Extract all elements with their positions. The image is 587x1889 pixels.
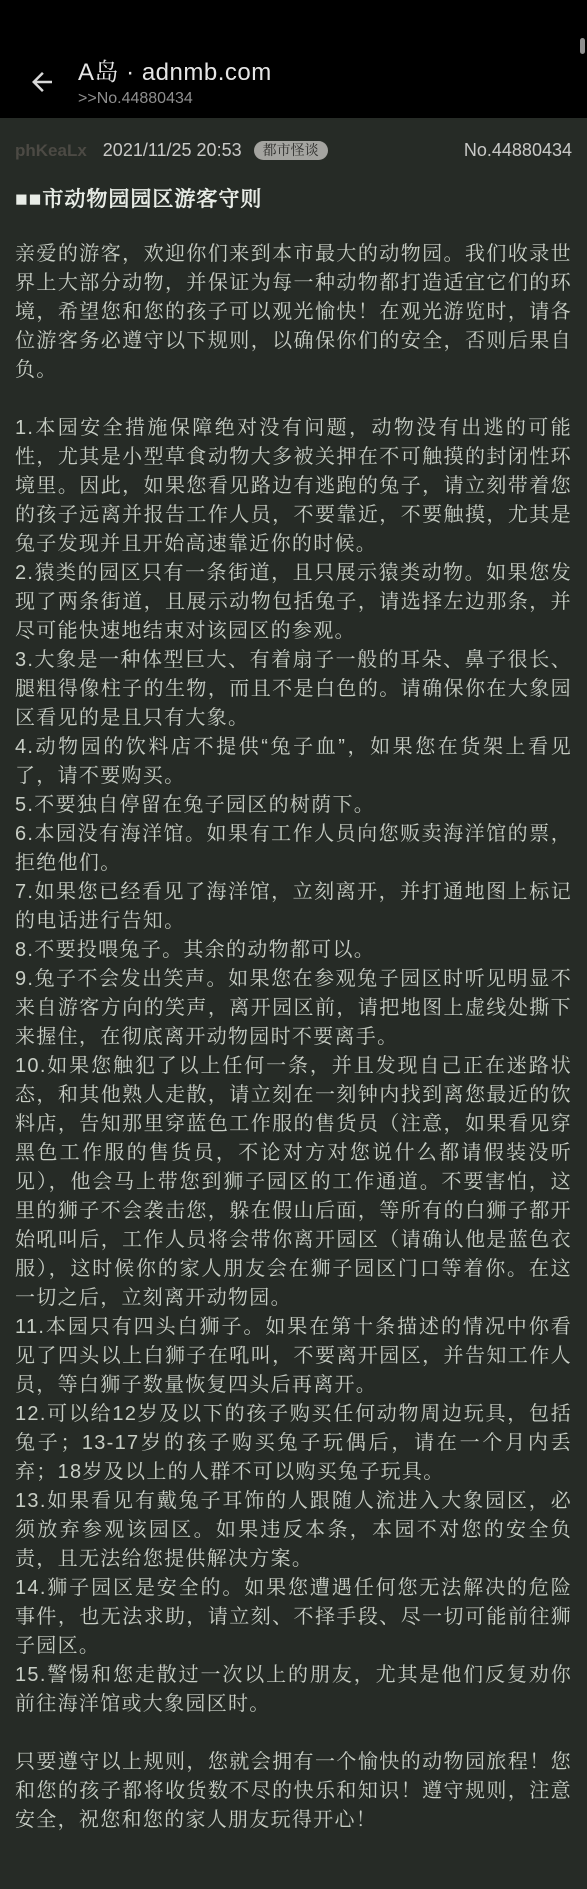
app-title: A岛 · adnmb.com [78, 52, 272, 87]
post-number: No.44880434 [464, 140, 572, 161]
post-meta-row: phKeaLx 2021/11/25 20:53 都市怪谈 No.4488043… [15, 140, 572, 161]
app-bar: A岛 · adnmb.com >>No.44880434 [0, 0, 587, 118]
phone-screen: A岛 · adnmb.com >>No.44880434 phKeaLx 202… [0, 0, 587, 1889]
body-paragraph: 只要遵守以上规则，您就会拥有一个愉快的动物园旅程！您和您的孩子都将收货数不尽的快… [15, 1748, 572, 1835]
body-paragraph: 12.可以给12岁及以下的孩子购买任何动物周边玩具，包括兔子；13-17岁的孩子… [15, 1400, 572, 1487]
body-paragraph: 4.动物园的饮料店不提供“兔子血”，如果您在货架上看见了，请不要购买。 [15, 733, 572, 791]
scrollbar[interactable] [580, 38, 585, 54]
blank-line [15, 385, 572, 414]
forum-tag-badge[interactable]: 都市怪谈 [254, 141, 328, 160]
post-body: 亲爱的游客，欢迎你们来到本市最大的动物园。我们收录世界上大部分动物，并保证为每一… [15, 240, 572, 1835]
app-titles: A岛 · adnmb.com >>No.44880434 [78, 52, 272, 108]
body-paragraph: 6.本园没有海洋馆。如果有工作人员向您贩卖海洋馆的票，拒绝他们。 [15, 820, 572, 878]
body-paragraph: 3.大象是一种体型巨大、有着扇子一般的耳朵、鼻子很长、腿粗得像柱子的生物，而且不… [15, 646, 572, 733]
body-paragraph: 14.狮子园区是安全的。如果您遭遇任何您无法解决的危险事件，也无法求助，请立刻、… [15, 1574, 572, 1661]
body-paragraph: 13.如果看见有戴兔子耳饰的人跟随人流进入大象园区，必须放弃参观该园区。如果违反… [15, 1487, 572, 1574]
back-button[interactable] [20, 62, 64, 106]
arrow-left-icon [27, 67, 57, 102]
author-id: phKeaLx [15, 141, 87, 161]
body-paragraph: 8.不要投喂兔子。其余的动物都可以。 [15, 936, 572, 965]
post-timestamp: 2021/11/25 20:53 [103, 140, 242, 161]
body-paragraph: 10.如果您触犯了以上任何一条，并且发现自己正在迷路状态，和其他熟人走散，请立刻… [15, 1052, 572, 1313]
post: phKeaLx 2021/11/25 20:53 都市怪谈 No.4488043… [0, 140, 587, 1835]
body-paragraph: 5.不要独自停留在兔子园区的树荫下。 [15, 791, 572, 820]
blank-line [15, 1719, 572, 1748]
body-paragraph: 亲爱的游客，欢迎你们来到本市最大的动物园。我们收录世界上大部分动物，并保证为每一… [15, 240, 572, 385]
body-paragraph: 7.如果您已经看见了海洋馆，立刻离开，并打通地图上标记的电话进行告知。 [15, 878, 572, 936]
thread-number-subtitle: >>No.44880434 [78, 90, 272, 108]
body-paragraph: 1.本园安全措施保障绝对没有问题，动物没有出逃的可能性，尤其是小型草食动物大多被… [15, 414, 572, 559]
body-paragraph: 15.警惕和您走散过一次以上的朋友，尤其是他们反复劝你前往海洋馆或大象园区时。 [15, 1661, 572, 1719]
body-paragraph: 9.兔子不会发出笑声。如果您在参观兔子园区时听见明显不来自游客方向的笑声，离开园… [15, 965, 572, 1052]
body-paragraph: 2.猿类的园区只有一条街道，且只展示猿类动物。如果您发现了两条街道，且展示动物包… [15, 559, 572, 646]
body-paragraph: 11.本园只有四头白狮子。如果在第十条描述的情况中你看见了四头以上白狮子在吼叫，… [15, 1313, 572, 1400]
post-title: ■■市动物园园区游客守则 [15, 183, 572, 213]
